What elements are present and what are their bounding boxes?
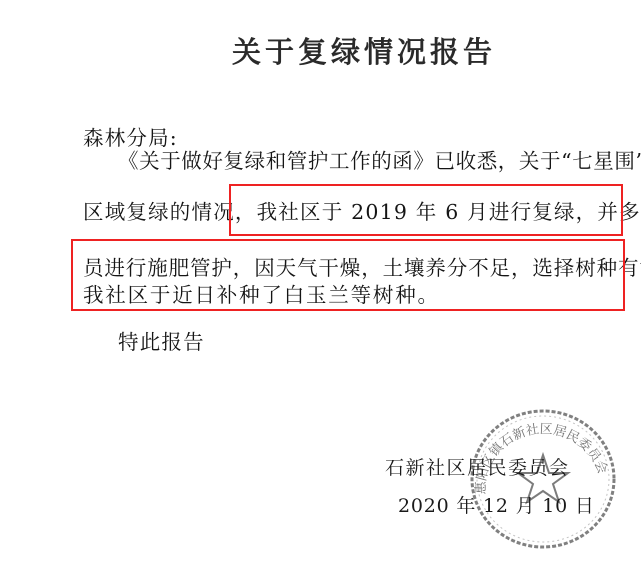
document-title: 关于复绿情况报告 (232, 30, 496, 71)
closing-text: 特此报告 (118, 325, 205, 355)
highlight-box-top (229, 184, 623, 236)
highlight-box-bottom (71, 239, 625, 311)
signature-organization: 石新社区居民委员会 (385, 453, 570, 480)
document-date: 2020 年 12 月 10 日 (398, 491, 595, 518)
body-line-1: 《关于做好复绿和管护工作的函》已收悉，关于“七星围” (118, 144, 641, 174)
